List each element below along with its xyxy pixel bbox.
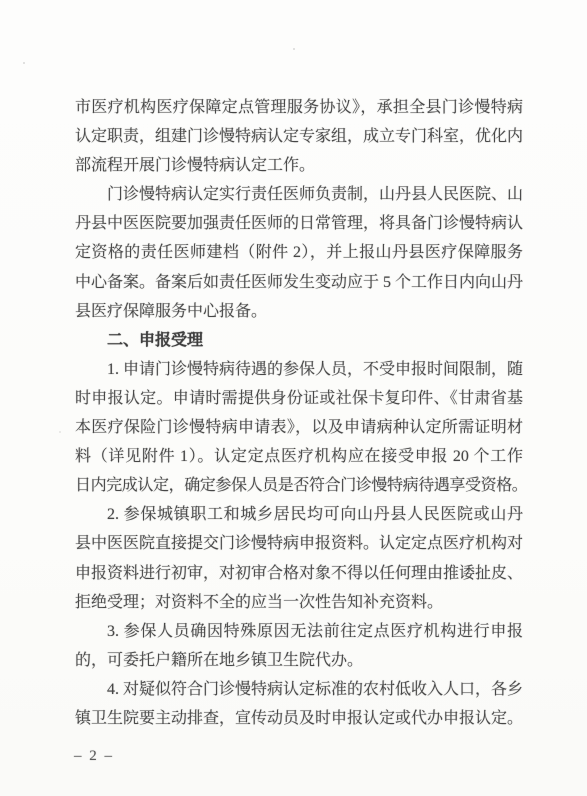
section-heading: 二、申报受理 xyxy=(75,326,523,355)
doc-line: 2. 参保城镇职工和城乡居民均可向山丹县人民医院或山丹 xyxy=(75,500,523,529)
document-body: 市医疗机构医疗保障定点管理服务协议》，承担全县门诊慢特病 认定职责，组建门诊慢特… xyxy=(75,93,523,733)
doc-line: 3. 参保人员确因特殊原因无法前往定点医疗机构进行申报 xyxy=(75,617,523,646)
doc-line: 中心备案。备案后如责任医师发生变动应于 5 个工作日内向山丹 xyxy=(75,268,523,297)
scan-speck xyxy=(59,431,61,433)
doc-line: 日内完成认定，确定参保人员是否符合门诊慢特病待遇享受资格。 xyxy=(75,471,523,500)
doc-line: 4. 对疑似符合门诊慢特病认定标准的农村低收入人口，各乡 xyxy=(75,675,523,704)
scan-speck xyxy=(293,48,295,50)
doc-line: 的，可委托户籍所在地乡镇卫生院代办。 xyxy=(75,646,523,675)
doc-line: 县医疗保障服务中心报备。 xyxy=(75,297,523,326)
doc-line: 县中医医院直接提交门诊慢特病申报资料。认定定点医疗机构对 xyxy=(75,529,523,558)
page-number: – 2 – xyxy=(74,744,114,768)
doc-line: 部流程开展门诊慢特病认定工作。 xyxy=(75,151,523,180)
doc-line: 料（详见附件 1）。认定定点医疗机构应在接受申报 20 个工作 xyxy=(75,442,523,471)
doc-line: 本医疗保险门诊慢特病申请表》，以及申请病种认定所需证明材 xyxy=(75,413,523,442)
doc-line: 定资格的责任医师建档（附件 2），并上报山丹县医疗保障服务 xyxy=(75,238,523,267)
doc-line: 申报资料进行初审，对初审合格对象不得以任何理由推诿扯皮、 xyxy=(75,559,523,588)
scan-speck xyxy=(23,62,25,64)
document-page: 市医疗机构医疗保障定点管理服务协议》，承担全县门诊慢特病 认定职责，组建门诊慢特… xyxy=(0,0,587,796)
doc-line: 丹县中医医院要加强责任医师的日常管理，将具备门诊慢特病认 xyxy=(75,209,523,238)
doc-line: 门诊慢特病认定实行责任医师负责制，山丹县人民医院、山 xyxy=(75,180,523,209)
doc-line: 拒绝受理；对资料不全的应当一次性告知补充资料。 xyxy=(75,588,523,617)
doc-line: 市医疗机构医疗保障定点管理服务协议》，承担全县门诊慢特病 xyxy=(75,93,523,122)
doc-line: 时申报认定。申请时需提供身份证或社保卡复印件、《甘肃省基 xyxy=(75,384,523,413)
doc-line: 镇卫生院要主动排查，宣传动员及时申报认定或代办申报认定。 xyxy=(75,704,523,733)
doc-line: 1. 申请门诊慢特病待遇的参保人员，不受申报时间限制，随 xyxy=(75,355,523,384)
doc-line: 认定职责，组建门诊慢特病认定专家组，成立专门科室，优化内 xyxy=(75,122,523,151)
